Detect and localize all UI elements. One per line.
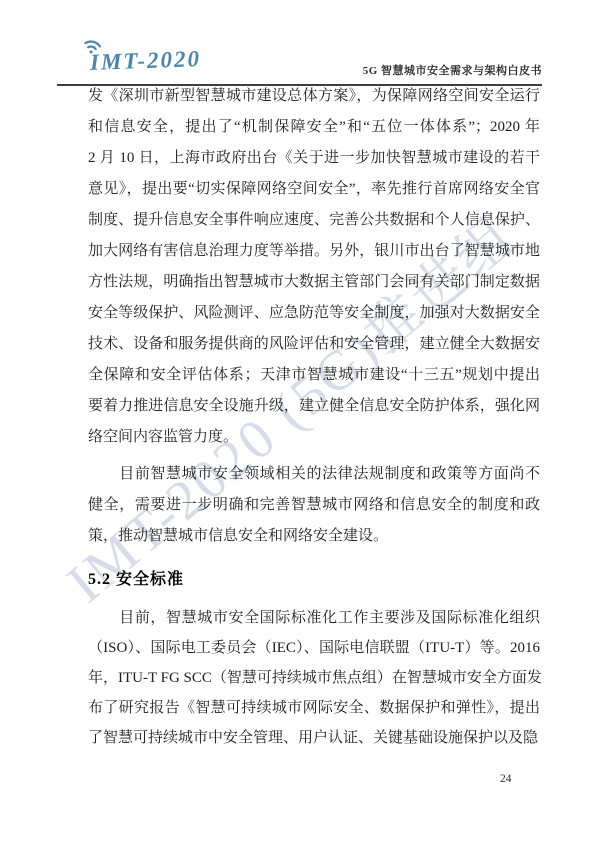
document-page: IMT-2020 (5G)推进组 IMT-2020 5G 智慧城市安全需求与架构… [0, 0, 600, 848]
text-line: 健全，需要进一步明确和完善智慧城市网络和信息安全的制度和政 [88, 490, 540, 521]
text-line: 制度、提升信息安全事件响应速度、完善公共数据和个人信息保护、 [88, 205, 540, 236]
logo-text: IMT-2020 [90, 46, 202, 76]
page-number: 24 [500, 773, 512, 785]
text-line: （ISO）、国际电工委员会（IEC）、国际电信联盟（ITU-T）等。2016 [88, 633, 540, 663]
text-line: 目前，智慧城市安全国际标准化工作主要涉及国际标准化组织 [88, 603, 540, 633]
text-line: 全保障和安全评估体系；天津市智慧城市建设“十三五”规划中提出 [88, 360, 540, 391]
doc-title: 5G 智慧城市安全需求与架构白皮书 [363, 62, 542, 78]
text-line: 安全等级保护、风险测评、应急防范等安全制度，加强对大数据安全 [88, 298, 540, 329]
document-body: 发《深圳市新型智慧城市建设总体方案》，为保障网络空间安全运行和信息安全，提出了“… [88, 81, 540, 753]
text-line: 布了研究报告《智慧可持续城市网际安全、数据保护和弹性》，提出 [88, 693, 540, 723]
paragraph-security-standards: 目前，智慧城市安全国际标准化工作主要涉及国际标准化组织（ISO）、国际电工委员会… [88, 603, 540, 753]
text-line: 年，ITU-T FG SCC（智慧可持续城市焦点组）在智慧城市安全方面发 [88, 663, 540, 693]
text-line: 络空间内容监管力度。 [88, 422, 540, 453]
text-line: 策，推动智慧城市信息安全和网络安全建设。 [88, 521, 540, 552]
text-line: 要着力推进信息安全设施升级，建立健全信息安全防护体系，强化网 [88, 391, 540, 422]
paragraph-policy-summary: 目前智慧城市安全领域相关的法律法规制度和政策等方面尚不健全，需要进一步明确和完善… [88, 459, 540, 552]
text-line: 2 月 10 日，上海市政府出台《关于进一步加快智慧城市建设的若干 [88, 143, 540, 174]
section-heading-5-2: 5.2 安全标准 [88, 568, 540, 592]
text-line: 加大网络有害信息治理力度等举措。另外，银川市出台了智慧城市地 [88, 236, 540, 267]
imt-2020-logo: IMT-2020 [84, 34, 201, 80]
text-line: 和信息安全，提出了“机制保障安全”和“五位一体体系”；2020 年 [88, 112, 540, 143]
text-line: 发《深圳市新型智慧城市建设总体方案》，为保障网络空间安全运行 [88, 81, 540, 112]
text-line: 目前智慧城市安全领域相关的法律法规制度和政策等方面尚不 [88, 459, 540, 490]
text-line: 技术、设备和服务提供商的风险评估和安全管理，建立健全大数据安 [88, 329, 540, 360]
text-line: 方性法规，明确指出智慧城市大数据主管部门会同有关部门制定数据 [88, 267, 540, 298]
paragraph-local-policies: 发《深圳市新型智慧城市建设总体方案》，为保障网络空间安全运行和信息安全，提出了“… [88, 81, 540, 453]
text-line: 了智慧可持续城市中安全管理、用户认证、关键基础设施保护以及隐 [88, 723, 540, 753]
text-line: 意见》，提出要“切实保障网络空间安全”，率先推行首席网络安全官 [88, 174, 540, 205]
